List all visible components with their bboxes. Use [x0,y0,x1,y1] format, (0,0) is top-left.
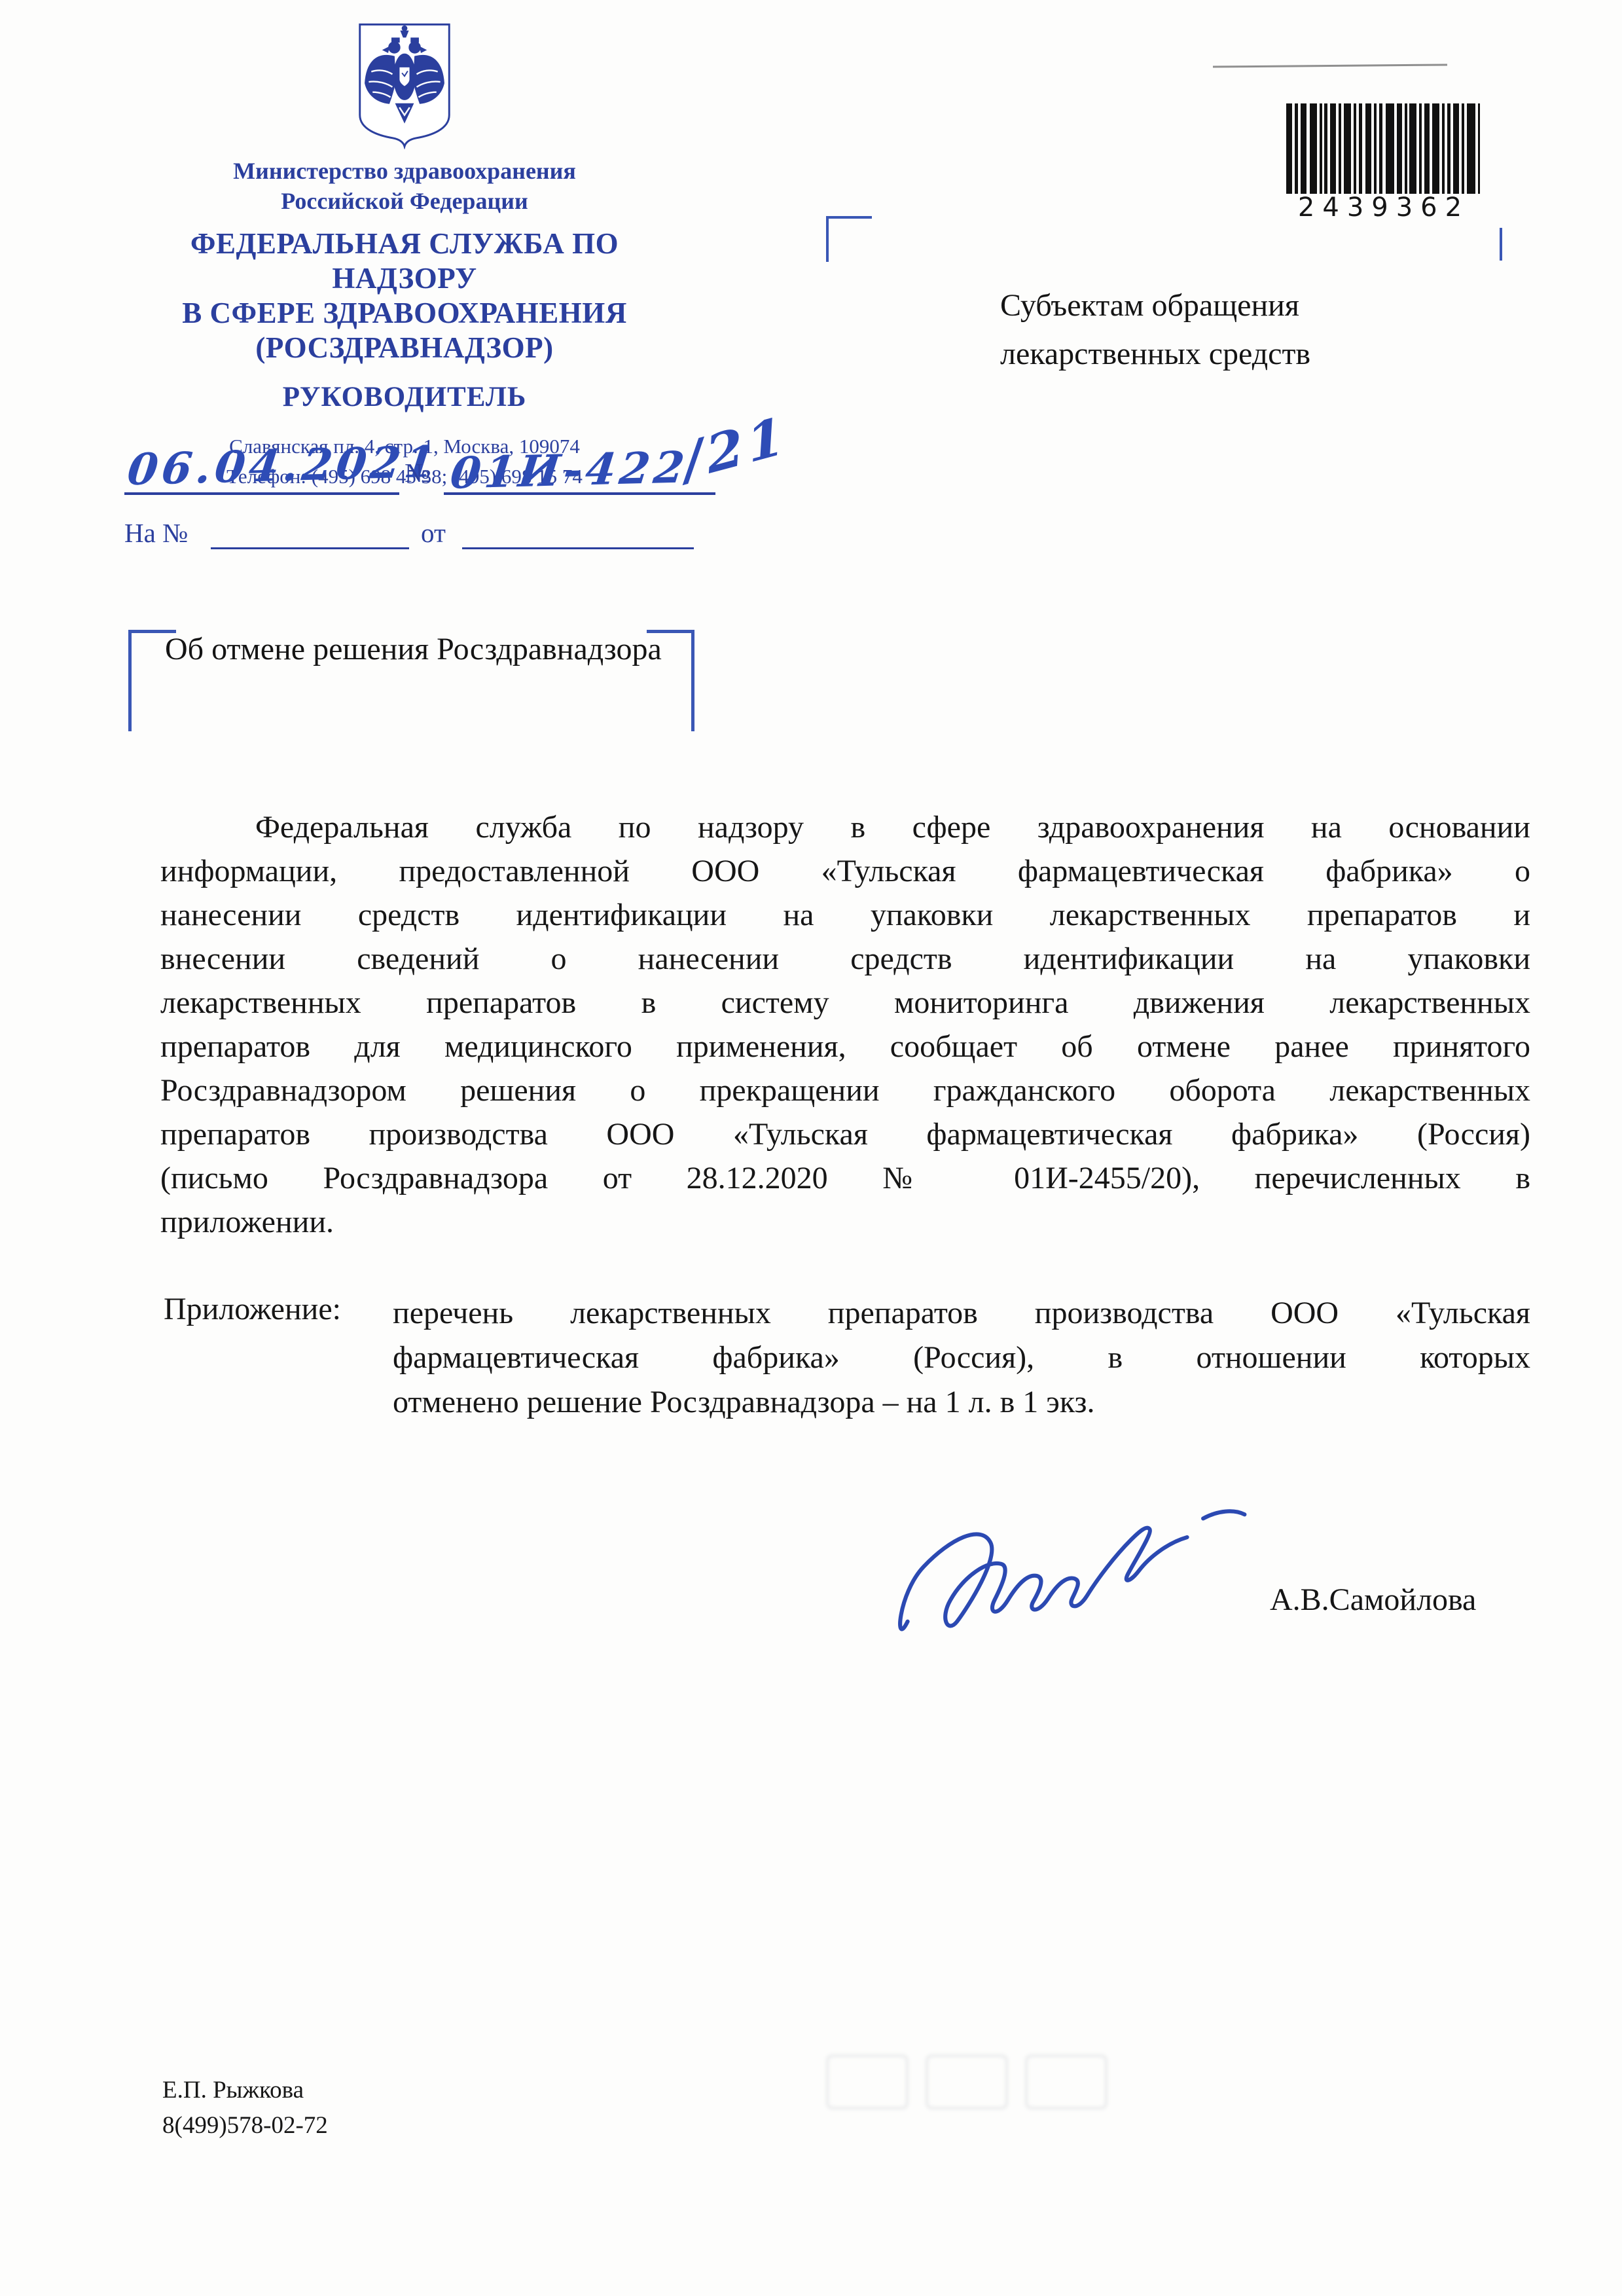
body-line: препаратов для медицинского применения, … [160,1025,1530,1068]
body-line: лекарственных препаратов в систему монит… [160,981,1530,1025]
faint-stamp-marks [826,2054,1108,2109]
addressee-block: Субъектам обращения лекарственных средст… [1000,282,1310,378]
service-name-line3: (РОСЗДРАВНАДЗОР) [117,331,693,365]
attachment-label: Приложение: [164,1291,341,1327]
service-name-line1: ФЕДЕРАЛЬНАЯ СЛУЖБА ПО НАДЗОРУ [117,227,693,296]
handwritten-outgoing-number: 01И-422/21 [448,430,796,501]
executor-name: Е.П. Рыжкова [162,2073,328,2108]
body-line: Росздравнадзором решения о прекращении г… [160,1068,1530,1112]
subject-line: Об отмене решения Росздравнадзора [165,631,662,667]
addressee-zone-corner [826,216,872,262]
barcode-number: 2439362 [1271,192,1496,223]
attachment-line: перечень лекарственных препаратов произв… [393,1291,1530,1336]
body-line: препаратов производства ООО «Тульская фа… [160,1112,1530,1156]
body-line: Федеральная служба по надзору в сфере зд… [160,805,1530,849]
addressee-line2: лекарственных средств [1000,330,1310,378]
outgoing-number-suffix: /21 [680,405,792,492]
ministry-name-line2: Российской Федерации [117,186,693,216]
reply-number-blank-underline [211,547,409,549]
reply-from-label: от [421,517,446,549]
outgoing-number-main: 01И-422 [448,441,691,498]
reply-date-blank-underline [462,547,694,549]
attachment-description: перечень лекарственных препаратов произв… [393,1291,1530,1425]
body-line: приложении. [160,1200,1530,1244]
body-paragraph: Федеральная служба по надзору в сфере зд… [160,805,1530,1244]
addressee-line1: Субъектам обращения [1000,282,1310,330]
signer-name: А.В.Самойлова [1270,1582,1476,1618]
executor-phone: 8(499)578-02-72 [162,2108,328,2143]
ministry-name-line1: Министерство здравоохранения [117,156,693,186]
addressee-zone-right-tick [1500,228,1502,261]
scanned-letter-page: 2439362 [0,0,1622,2296]
number-underline [444,492,715,495]
reply-to-number-label: На № [124,517,188,549]
attachment-line: отменено решение Росздравнадзора – на 1 … [393,1380,1530,1425]
number-sign: № [405,457,430,488]
body-line: информации, предоставленной ООО «Тульска… [160,849,1530,893]
body-line: нанесении средств идентификации на упако… [160,893,1530,937]
position-title: РУКОВОДИТЕЛЬ [117,382,693,412]
body-line: (письмо Росздравнадзора от 28.12.2020 № … [160,1156,1530,1200]
executor-contact-block: Е.П. Рыжкова 8(499)578-02-72 [162,2073,328,2143]
scan-artifact-line [1213,64,1447,67]
russia-coat-of-arms-icon [353,20,456,149]
barcode-icon [1286,103,1480,194]
attachment-line: фармацевтическая фабрика» (Россия), в от… [393,1336,1530,1380]
body-line: внесении сведений о нанесении средств ид… [160,937,1530,981]
handwritten-date: 06.04.2021 [125,436,442,495]
service-name-line2: В СФЕРЕ ЗДРАВООХРАНЕНИЯ [117,296,693,331]
handwritten-signature [889,1481,1263,1655]
date-underline [124,492,399,495]
